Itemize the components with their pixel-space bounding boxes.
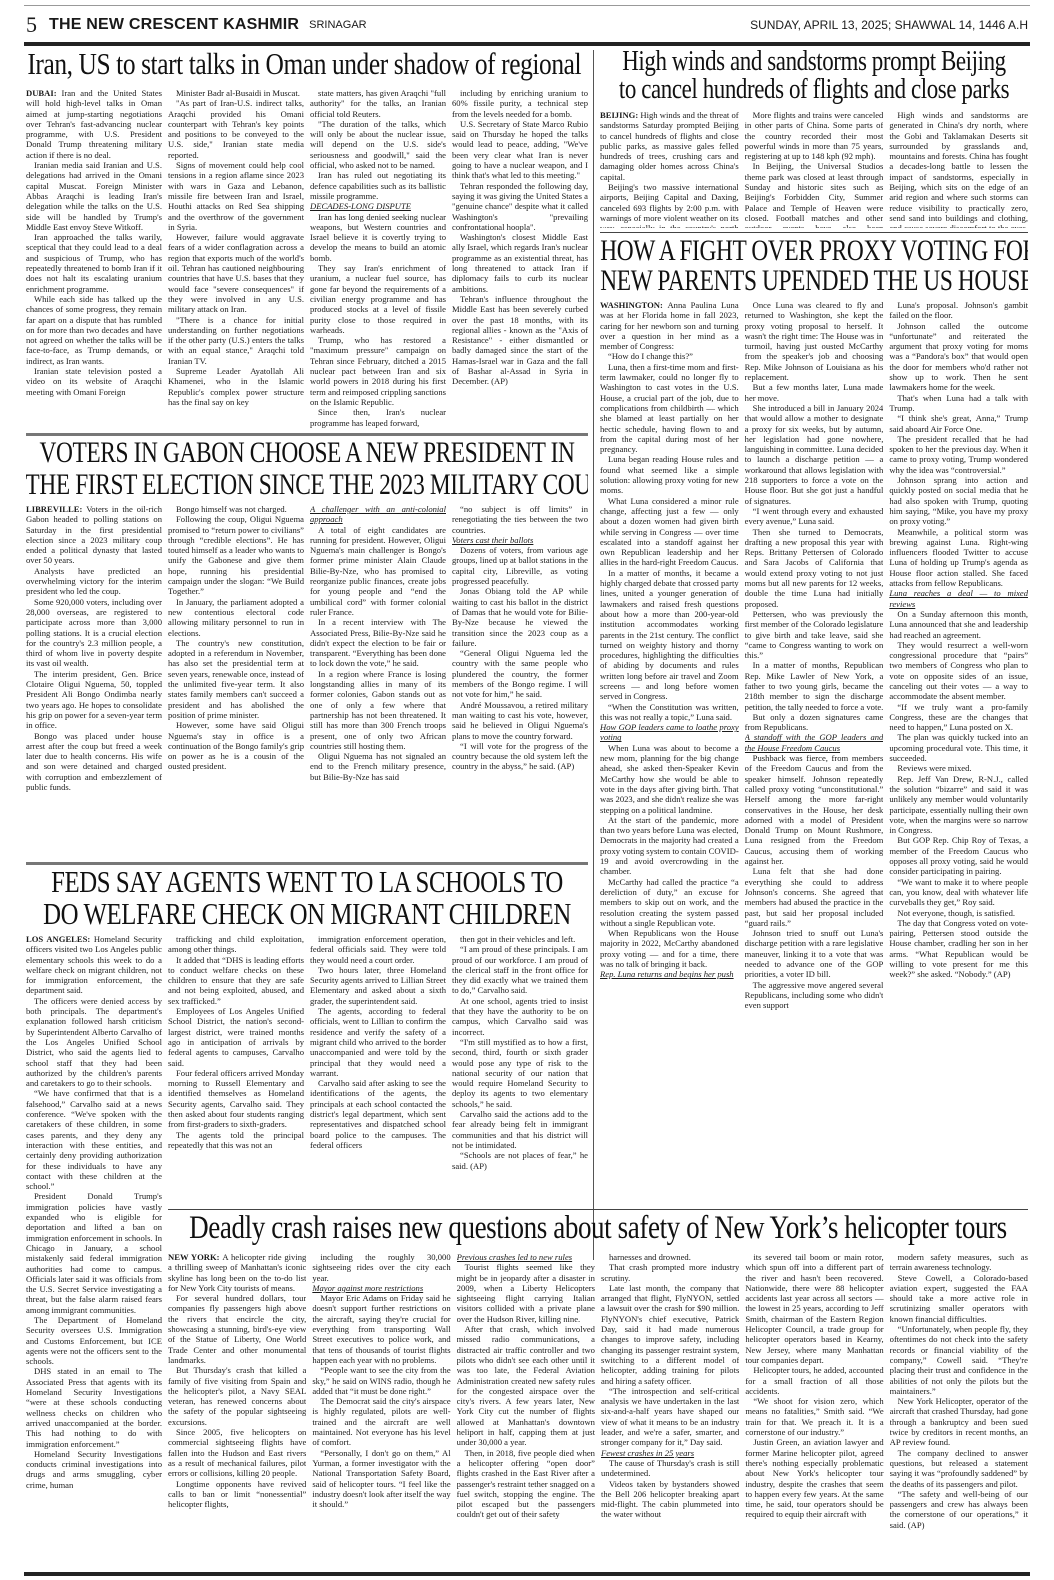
paragraph: Carvalho said after asking to see the id… bbox=[310, 1078, 446, 1150]
article-body: BEIJING: High winds and the threat of sa… bbox=[600, 110, 1028, 228]
paragraph: However, failure would aggravate fears o… bbox=[168, 232, 304, 314]
paragraph: Then, in 2018, five people died when a h… bbox=[457, 1448, 595, 1520]
paragraph: “We have confirmed that that is a falseh… bbox=[26, 1088, 162, 1191]
paragraph: But only a dozen signatures came from Re… bbox=[745, 712, 884, 733]
article-column: LOS ANGELES: Homeland Security officers … bbox=[26, 934, 162, 1570]
paragraph: “I will vote for the progress of the cou… bbox=[452, 741, 588, 772]
paragraph: Dozens of voters, from various age group… bbox=[452, 545, 588, 586]
paragraph: Iran approached the talks warily, scepti… bbox=[26, 232, 162, 294]
paragraph: In a matter of months, Republican Rep. M… bbox=[745, 660, 884, 711]
paragraph: “People want to see the city from the sk… bbox=[312, 1365, 450, 1396]
subheading: A standoff with the GOP leaders and the … bbox=[745, 732, 884, 753]
paragraph: NEW YORK: A helicopter ride giving a thr… bbox=[168, 1252, 306, 1293]
article-column: A challenger with an anti-colonial appro… bbox=[310, 504, 446, 836]
paragraph: The plan was quickly tucked into an upco… bbox=[889, 732, 1028, 763]
paragraph: including by enriching uranium to 60% fi… bbox=[452, 88, 588, 119]
paragraph: “no subject is off limits” in renegotiat… bbox=[452, 504, 588, 535]
paragraph: “Schools are not places of fear,” he sai… bbox=[452, 1150, 588, 1171]
subheading: How GOP leaders came to loathe proxy vot… bbox=[600, 722, 739, 743]
paper-name: THE NEW CRESCENT KASHMIR bbox=[49, 16, 299, 34]
paragraph: She introduced a bill in January 2024 th… bbox=[745, 403, 884, 506]
paragraph: That crash prompted more industry scruti… bbox=[601, 1262, 739, 1283]
paragraph: Longtime opponents have revived calls to… bbox=[168, 1479, 306, 1510]
subheading: Luna reaches a deal — to mixed reviews bbox=[889, 588, 1028, 609]
column-divider bbox=[593, 50, 594, 1260]
paragraph: Luna's proposal. Johnson's gambit failed… bbox=[889, 300, 1028, 321]
article-body: DUBAI: Iran and the United States will h… bbox=[26, 88, 588, 430]
paragraph: Homeland Security Investigations conduct… bbox=[26, 1449, 162, 1490]
paragraph: They say Iran's enrichment of uranium, a… bbox=[310, 263, 446, 335]
dateline: DUBAI: bbox=[26, 88, 62, 98]
paragraph: In a recent interview with The Associate… bbox=[310, 617, 446, 668]
paragraph: That's when Luna had a talk with Trump. bbox=[889, 393, 1028, 414]
paragraph: "As part of Iran-U.S. indirect talks, Ar… bbox=[168, 98, 304, 160]
article-helicopter: Deadly crash raises new questions about … bbox=[168, 1212, 1028, 1572]
headline-beijing-1: High winds and sandstorms prompt Beijing bbox=[600, 48, 1028, 76]
paragraph: "There is a chance for initial understan… bbox=[168, 315, 304, 366]
paragraph: Analysts have predicted an overwhelming … bbox=[26, 566, 162, 597]
paragraph: Iran has long denied seeking nuclear wea… bbox=[310, 212, 446, 263]
paragraph: Then she turned to Democrats, drafting a… bbox=[745, 527, 884, 609]
section-rule bbox=[600, 232, 1028, 233]
paragraph: New York Helicopter, operator of the air… bbox=[890, 1396, 1028, 1447]
paragraph: Tehran responded the following day, sayi… bbox=[452, 181, 588, 232]
article-column: its severed tail boom or main rotor, whi… bbox=[745, 1252, 883, 1572]
paragraph: Steve Cowell, a Colorado-based aviation … bbox=[890, 1273, 1028, 1324]
paragraph: Supreme Leader Ayatollah Ali Khamenei, w… bbox=[168, 366, 304, 407]
paragraph: Trump, who has restored a "maximum press… bbox=[310, 335, 446, 407]
article-column: state matters, has given Araqchi "full a… bbox=[310, 88, 446, 430]
article-column: “no subject is off limits” in renegotiat… bbox=[452, 504, 588, 836]
paragraph: Johnson sprang into action and quickly p… bbox=[889, 475, 1028, 526]
paragraph: “When the Constitution was written, this… bbox=[600, 702, 739, 723]
paragraph: At the start of the pandemic, more than … bbox=[600, 815, 739, 877]
paragraph: "The duration of the talks, which will o… bbox=[310, 119, 446, 170]
paragraph: Iranian media said Iranian and U.S. dele… bbox=[26, 160, 162, 232]
paragraph: Jonas Obiang told the AP while waiting t… bbox=[452, 586, 588, 648]
article-column: High winds and sandstorms are generated … bbox=[889, 110, 1028, 228]
headline-gabon-2: THE FIRST ELECTION SINCE THE 2023 MILITA… bbox=[26, 470, 588, 502]
paragraph: “I think she's great, Anna,” Trump said … bbox=[889, 413, 1028, 434]
paragraph: harnesses and drowned. bbox=[601, 1252, 739, 1262]
paragraph: Late last month, the company that arrang… bbox=[601, 1283, 739, 1386]
paragraph: Videos taken by bystanders showed the Be… bbox=[601, 1479, 739, 1520]
article-column: harnesses and drowned.That crash prompte… bbox=[601, 1252, 739, 1572]
article-column: immigration enforcement operation, feder… bbox=[310, 934, 446, 1206]
article-column: LIBREVILLE: Voters in the oil-rich Gabon… bbox=[26, 504, 162, 836]
paragraph: “The safety and well-being of our passen… bbox=[890, 1489, 1028, 1530]
paragraph: In Beijing, the Universal Studios theme … bbox=[745, 161, 884, 228]
paragraph: “Personally, I don't go on them,” Al Yur… bbox=[312, 1448, 450, 1510]
paragraph: A total of eight candidates are running … bbox=[310, 525, 446, 618]
article-body: LIBREVILLE: Voters in the oil-rich Gabon… bbox=[26, 504, 588, 836]
paragraph: In January, the parliament adopted a new… bbox=[168, 597, 304, 638]
paragraph: then got in their vehicles and left. bbox=[452, 934, 588, 944]
paragraph: Bongo was placed under house arrest afte… bbox=[26, 731, 162, 793]
paragraph: More flights and trains were canceled in… bbox=[745, 110, 884, 161]
article-column: NEW YORK: A helicopter ride giving a thr… bbox=[168, 1252, 306, 1572]
paragraph: Pushback was fierce, from members of the… bbox=[745, 753, 884, 866]
paragraph: Mayor Eric Adams on Friday said he doesn… bbox=[312, 1293, 450, 1365]
article-body: LOS ANGELES: Homeland Security officers … bbox=[26, 934, 162, 1570]
paragraph: Washington's closest Middle East ally Is… bbox=[452, 232, 588, 294]
paragraph: The cause of Thursday's crash is still u… bbox=[601, 1458, 739, 1479]
paragraph: “I'm still mystified as to how a first, … bbox=[452, 1037, 588, 1109]
article-column: Bongo himself was not charged.Following … bbox=[168, 504, 304, 836]
paragraph: “Unfortunately, when people fly, they of… bbox=[890, 1324, 1028, 1396]
article-column: WASHINGTON: Anna Paulina Luna was at her… bbox=[600, 300, 739, 1206]
paragraph: At one school, agents tried to insist th… bbox=[452, 996, 588, 1037]
paragraph: When Republicans won the House majority … bbox=[600, 928, 739, 969]
paragraph: Following the coup, Oligui Nguema promis… bbox=[168, 514, 304, 596]
article-la-col1: LOS ANGELES: Homeland Security officers … bbox=[26, 934, 162, 1570]
paragraph: The Department of Homeland Security over… bbox=[26, 1315, 162, 1366]
article-column: More flights and trains were canceled in… bbox=[745, 110, 884, 228]
paragraph: Employees of Los Angeles Unified School … bbox=[168, 1006, 304, 1068]
paragraph: The president recalled that he had spoke… bbox=[889, 434, 1028, 475]
paragraph: The Democrat said the city's airspace is… bbox=[312, 1396, 450, 1447]
paragraph: The agents, according to federal officia… bbox=[310, 1006, 446, 1078]
headline-gabon-1: VOTERS IN GABON CHOOSE A NEW PRESIDENT I… bbox=[26, 438, 588, 470]
paragraph: BEIJING: High winds and the threat of sa… bbox=[600, 110, 739, 182]
paragraph: Signs of movement could help cool tensio… bbox=[168, 160, 304, 232]
paragraph: Four federal officers arrived Monday mor… bbox=[168, 1068, 304, 1130]
paragraph: McCarthy had called the practice “a dere… bbox=[600, 877, 739, 928]
headline-beijing-2: to cancel hundreds of flights and close … bbox=[600, 76, 1028, 106]
paragraph: The officers were denied access by both … bbox=[26, 996, 162, 1089]
paragraph: Two hours later, three Homeland Security… bbox=[310, 965, 446, 1006]
paragraph: Oligui Nguema has not signaled an end to… bbox=[310, 751, 446, 782]
paragraph: Since 2005, five helicopters on commerci… bbox=[168, 1427, 306, 1478]
masthead: 5 THE NEW CRESCENT KASHMIR SRINAGAR SUND… bbox=[26, 10, 1028, 40]
paragraph: Tehran's influence throughout the Middle… bbox=[452, 294, 588, 387]
paragraph: modern safety measures, such as terrain … bbox=[890, 1252, 1028, 1273]
paragraph: President Donald Trump's immigration pol… bbox=[26, 1191, 162, 1315]
top-rule bbox=[24, 5, 1030, 6]
paragraph: “If we truly want a pro-family Congress,… bbox=[889, 702, 1028, 733]
dateline: BEIJING: bbox=[600, 110, 640, 120]
paragraph: The country's new constitution, adopted … bbox=[168, 638, 304, 720]
dateline: LIBREVILLE: bbox=[26, 504, 86, 514]
paragraph: But Thursday's crash that killed a famil… bbox=[168, 1365, 306, 1427]
paragraph: “How do I change this?” bbox=[600, 351, 739, 361]
section-rule bbox=[168, 1209, 1028, 1210]
dateline: LOS ANGELES: bbox=[26, 934, 94, 944]
headline-proxy-2: NEW PARENTS UPENDED THE US HOUSE bbox=[600, 266, 1027, 298]
paragraph: Reviews were mixed. bbox=[889, 763, 1028, 773]
paragraph: LIBREVILLE: Voters in the oil-rich Gabon… bbox=[26, 504, 162, 566]
paragraph: “The introspection and self-critical ana… bbox=[601, 1386, 739, 1448]
article-column: including the roughly 30,000 sightseeing… bbox=[312, 1252, 450, 1572]
headline-iran: Iran, US to start talks in Oman under sh… bbox=[27, 48, 586, 84]
article-column: Minister Badr al-Busaidi in Muscat."As p… bbox=[168, 88, 304, 430]
paragraph: “General Oligui Nguema led the country w… bbox=[452, 648, 588, 699]
paragraph: DHS stated in an email to The Associated… bbox=[26, 1366, 162, 1448]
article-column: DUBAI: Iran and the United States will h… bbox=[26, 88, 162, 430]
paragraph: Iranian state television posted a video … bbox=[26, 366, 162, 397]
subheading: DECADES-LONG DISPUTE bbox=[310, 201, 446, 211]
paragraph: Meanwhile, a political storm was brewing… bbox=[889, 527, 1028, 589]
paragraph: its severed tail boom or main rotor, whi… bbox=[745, 1252, 883, 1365]
article-column: modern safety measures, such as terrain … bbox=[890, 1252, 1028, 1572]
paragraph: On a Sunday afternoon this month, Luna a… bbox=[889, 609, 1028, 640]
paragraph: “We want to make it to where people can,… bbox=[889, 877, 1028, 908]
dateline: WASHINGTON: bbox=[600, 300, 667, 310]
paragraph: Luna, then a first-time mom and first-te… bbox=[600, 362, 739, 455]
paragraph: The company declined to answer questions… bbox=[890, 1448, 1028, 1489]
subheading: Previous crashes led to new rules bbox=[457, 1252, 595, 1262]
paragraph: André Moussavou, a retired military man … bbox=[452, 700, 588, 741]
paragraph: In a region where France is losing longs… bbox=[310, 669, 446, 751]
paragraph: U.S. Secretary of State Marco Rubio said… bbox=[452, 119, 588, 181]
article-column: then got in their vehicles and left.“I a… bbox=[452, 934, 588, 1206]
article-gabon: VOTERS IN GABON CHOOSE A NEW PRESIDENT I… bbox=[26, 438, 588, 836]
headline-proxy-1: HOW A FIGHT OVER PROXY VOTING FOR bbox=[600, 236, 1027, 266]
paragraph: But GOP Rep. Chip Roy of Texas, a member… bbox=[889, 835, 1028, 876]
article-la-rest: trafficking and child exploitation, amon… bbox=[168, 934, 588, 1206]
paragraph: Beijing's two massive international airp… bbox=[600, 182, 739, 228]
paragraph: The interim president, Gen. Brice Clotai… bbox=[26, 669, 162, 731]
paragraph: They would resurrect a well-worn congres… bbox=[889, 640, 1028, 702]
article-beijing: High winds and sandstorms prompt Beijing… bbox=[600, 48, 1028, 228]
paragraph: “I am proud of these principals. I am pr… bbox=[452, 944, 588, 995]
headline-la-2: DO WELFARE CHECK ON MIGRANT CHILDREN bbox=[34, 898, 580, 932]
paragraph: including the roughly 30,000 sightseeing… bbox=[312, 1252, 450, 1283]
paragraph: However, some have said Oligui Nguema's … bbox=[168, 720, 304, 771]
paragraph: When Luna was about to become a new mom,… bbox=[600, 743, 739, 815]
paragraph: Johnson called the outcome “unfortunate”… bbox=[889, 321, 1028, 393]
article-column: Once Luna was cleared to fly and returne… bbox=[745, 300, 884, 1206]
paragraph: But a few months later, Luna made her mo… bbox=[745, 382, 884, 403]
article-column: Luna's proposal. Johnson's gambit failed… bbox=[889, 300, 1028, 1206]
paragraph: Carvalho said the actions add to the fea… bbox=[452, 1109, 588, 1150]
section-rule bbox=[26, 433, 588, 436]
paragraph: Some 920,000 voters, including over 28,0… bbox=[26, 597, 162, 669]
paragraph: state matters, has given Araqchi "full a… bbox=[310, 88, 446, 119]
paragraph: Minister Badr al-Busaidi in Muscat. bbox=[168, 88, 304, 98]
paragraph: Rep. Jeff Van Drew, R-N.J., called the s… bbox=[889, 774, 1028, 836]
article-body: NEW YORK: A helicopter ride giving a thr… bbox=[168, 1252, 1028, 1572]
dateline: NEW YORK: bbox=[168, 1252, 222, 1262]
article-iran: Iran, US to start talks in Oman under sh… bbox=[26, 48, 588, 430]
paragraph: For several hundred dollars, tour compan… bbox=[168, 1293, 306, 1365]
paragraph: Tourist flights seemed like they might b… bbox=[457, 1262, 595, 1324]
paragraph: Justin Green, an aviation lawyer and for… bbox=[745, 1437, 883, 1519]
paragraph: WASHINGTON: Anna Paulina Luna was at her… bbox=[600, 300, 739, 351]
paragraph: After that crash, which involved missed … bbox=[457, 1324, 595, 1448]
paragraph: Once Luna was cleared to fly and returne… bbox=[745, 300, 884, 382]
subheading: Mayor against more restrictions bbox=[312, 1283, 450, 1293]
paragraph: While each side has talked up the chance… bbox=[26, 294, 162, 366]
paragraph: Iran has ruled out negotiating its defen… bbox=[310, 170, 446, 201]
page-number: 5 bbox=[26, 12, 37, 38]
paragraph: The aggressive move angered several Repu… bbox=[745, 980, 884, 1011]
article-proxy: HOW A FIGHT OVER PROXY VOTING FOR NEW PA… bbox=[600, 236, 1028, 1206]
paragraph: LOS ANGELES: Homeland Security officers … bbox=[26, 934, 162, 996]
headline-la-1: FEDS SAY AGENTS WENT TO LA SCHOOLS TO bbox=[34, 866, 580, 898]
issue-date: SUNDAY, APRIL 13, 2025; SHAWWAL 14, 1446… bbox=[750, 18, 1028, 32]
article-column: BEIJING: High winds and the threat of sa… bbox=[600, 110, 739, 228]
subheading: Fewest crashes in 25 years bbox=[601, 1448, 739, 1458]
paragraph: “I went through every and exhausted ever… bbox=[745, 506, 884, 527]
paragraph: Luna began reading House rules and found… bbox=[600, 454, 739, 495]
paragraph: Luna felt that she had done everything s… bbox=[745, 866, 884, 928]
paragraph: Johnson tried to snuff out Luna's discha… bbox=[745, 928, 884, 979]
paragraph: “We shoot for vision zero, which means n… bbox=[745, 1396, 883, 1437]
article-body: WASHINGTON: Anna Paulina Luna was at her… bbox=[600, 300, 1028, 1206]
bottom-rule bbox=[24, 1572, 1030, 1576]
paragraph: The agents told the principal repeatedly… bbox=[168, 1130, 304, 1151]
subheading: A challenger with an anti-colonial appro… bbox=[310, 504, 446, 525]
paragraph: Bongo himself was not charged. bbox=[168, 504, 304, 514]
paragraph: In a matter of months, it became a highl… bbox=[600, 568, 739, 702]
article-column: Previous crashes led to new rulesTourist… bbox=[457, 1252, 595, 1572]
article-body: trafficking and child exploitation, amon… bbox=[168, 934, 588, 1206]
paragraph: immigration enforcement operation, feder… bbox=[310, 934, 446, 965]
subheading: Rep. Luna returns and begins her push bbox=[600, 969, 739, 979]
paragraph: trafficking and child exploitation, amon… bbox=[168, 934, 304, 955]
paragraph: High winds and sandstorms are generated … bbox=[889, 110, 1028, 228]
masthead-rule bbox=[24, 42, 1030, 46]
section-rule bbox=[26, 862, 588, 865]
headline-helicopter: Deadly crash raises new questions about … bbox=[168, 1212, 1028, 1248]
paragraph: The day that Congress voted on vote-pair… bbox=[889, 918, 1028, 980]
article-column: including by enriching uranium to 60% fi… bbox=[452, 88, 588, 430]
paragraph: Helicopter tours, he added, accounted fo… bbox=[745, 1365, 883, 1396]
paragraph: Pettersen, who was previously the first … bbox=[745, 609, 884, 660]
city-label: SRINAGAR bbox=[309, 19, 366, 31]
paragraph: DUBAI: Iran and the United States will h… bbox=[26, 88, 162, 160]
paragraph: What Luna considered a minor rule change… bbox=[600, 496, 739, 568]
paragraph: Not everyone, though, is satisfied. bbox=[889, 908, 1028, 918]
paragraph: It added that “DHS is leading efforts to… bbox=[168, 955, 304, 1006]
article-column: trafficking and child exploitation, amon… bbox=[168, 934, 304, 1206]
paragraph: Since then, Iran's nuclear programme has… bbox=[310, 407, 446, 428]
subheading: Voters cast their ballots bbox=[452, 535, 588, 545]
